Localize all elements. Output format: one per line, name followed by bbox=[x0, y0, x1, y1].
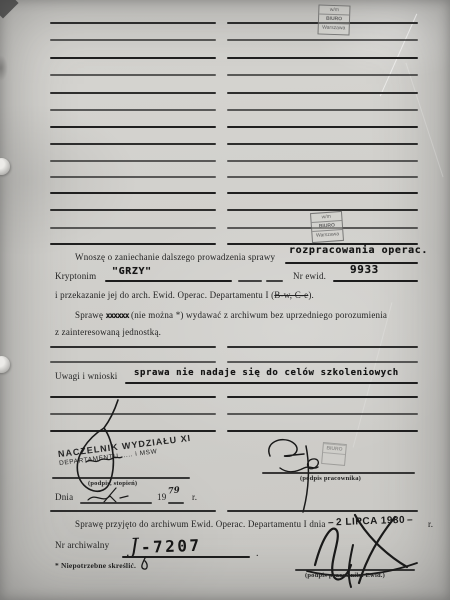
field-underline bbox=[168, 502, 184, 504]
ruled-line bbox=[50, 22, 418, 24]
kryptonim-value: "GRZY" bbox=[112, 266, 152, 277]
ruled-line bbox=[50, 143, 418, 145]
ruled-line bbox=[50, 227, 418, 229]
signature-underline bbox=[262, 472, 415, 474]
field-underline bbox=[333, 280, 418, 282]
uwagi-typed-value: sprawa nie nadaje się do celów szkolenio… bbox=[134, 368, 399, 378]
release-line-2: z zainteresowaną jednostką. bbox=[55, 327, 161, 337]
nr-archiwalny-value: J-7207 bbox=[130, 532, 202, 558]
sign-bottom-caption: (podpis pracownika Ewid.) bbox=[305, 572, 385, 579]
request-label: Wnoszę o zaniechanie dalszego prowadzeni… bbox=[75, 252, 275, 262]
stamp-line: w/m bbox=[330, 7, 339, 13]
stamp-line: w/m bbox=[322, 214, 332, 221]
smudge bbox=[0, 55, 8, 81]
r-suffix: r. bbox=[192, 492, 197, 502]
ruled-line bbox=[50, 126, 418, 128]
punch-hole bbox=[0, 158, 10, 175]
release-line-1: Sprawę xxxxxx (nie można *) wydawać z ar… bbox=[75, 310, 387, 320]
nr-ewid-value: 9933 bbox=[350, 263, 379, 276]
uwagi-label: Uwagi i wnioski bbox=[55, 371, 118, 381]
kryptonim-label: Kryptonim bbox=[55, 271, 96, 281]
ruled-line bbox=[50, 160, 418, 162]
registry-stamp-icon: w/m BIURO Warszawa bbox=[317, 4, 350, 35]
year-handwritten: 79 bbox=[168, 485, 181, 496]
field-underline bbox=[105, 280, 232, 282]
year-printed: 19 bbox=[157, 492, 166, 502]
stamp-line: Warszawa bbox=[316, 231, 340, 239]
field-underline bbox=[80, 502, 152, 504]
punch-hole bbox=[0, 356, 10, 373]
registry-stamp-icon: w/m BIURO Warszawa bbox=[310, 211, 344, 243]
ruled-line bbox=[50, 57, 418, 59]
transfer-prefix: i przekazanie jej do arch. Ewid. Operac.… bbox=[55, 290, 274, 300]
dnia-label: Dnia bbox=[55, 492, 73, 502]
field-underline bbox=[238, 280, 262, 282]
signature-underline bbox=[52, 477, 190, 479]
field-underline bbox=[266, 280, 283, 282]
nr-archiwalny-label: Nr archiwalny bbox=[55, 540, 109, 550]
section-line bbox=[50, 346, 418, 348]
transfer-suffix: ). bbox=[308, 290, 314, 300]
transfer-line: i przekazanie jej do arch. Ewid. Operac.… bbox=[55, 290, 314, 300]
release-rest: (nie można *) wydawać z archiwum bez upr… bbox=[131, 310, 387, 320]
stamp-line: Warszawa bbox=[322, 25, 345, 32]
ruled-line bbox=[50, 92, 418, 94]
field-underline bbox=[125, 382, 418, 384]
received-label: Sprawę przyjęto do archiwum Ewid. Operac… bbox=[75, 519, 326, 529]
release-word: Sprawę bbox=[75, 310, 103, 320]
ruled-line bbox=[50, 192, 418, 194]
signature-underline bbox=[295, 569, 415, 571]
ruled-line bbox=[50, 109, 418, 111]
transfer-struck-options: B-w, C-e bbox=[274, 290, 308, 300]
ruled-line bbox=[50, 176, 418, 178]
nr-ewid-label: Nr ewid. bbox=[293, 271, 326, 281]
footnote: * Niepotrzebne skreślić. bbox=[55, 561, 136, 570]
request-typed-value: rozpracowania operac. bbox=[289, 245, 428, 256]
ruled-line bbox=[50, 209, 418, 211]
sign-right-caption: (podpis pracownika) bbox=[300, 475, 361, 482]
ruled-line bbox=[50, 361, 418, 363]
scan-corner-shadow bbox=[0, 0, 19, 19]
signature-j-descender bbox=[138, 556, 154, 572]
release-overstruck-word: xxxxxx bbox=[106, 311, 129, 320]
stamp-line: BIURO bbox=[319, 13, 349, 24]
ruled-line bbox=[50, 74, 418, 76]
ruled-line bbox=[50, 39, 418, 41]
received-r-suffix: r. bbox=[428, 519, 433, 529]
printed-period: . bbox=[256, 548, 259, 559]
scanned-archive-form: w/m BIURO Warszawa w/m BIURO Warszawa ro… bbox=[0, 0, 450, 600]
